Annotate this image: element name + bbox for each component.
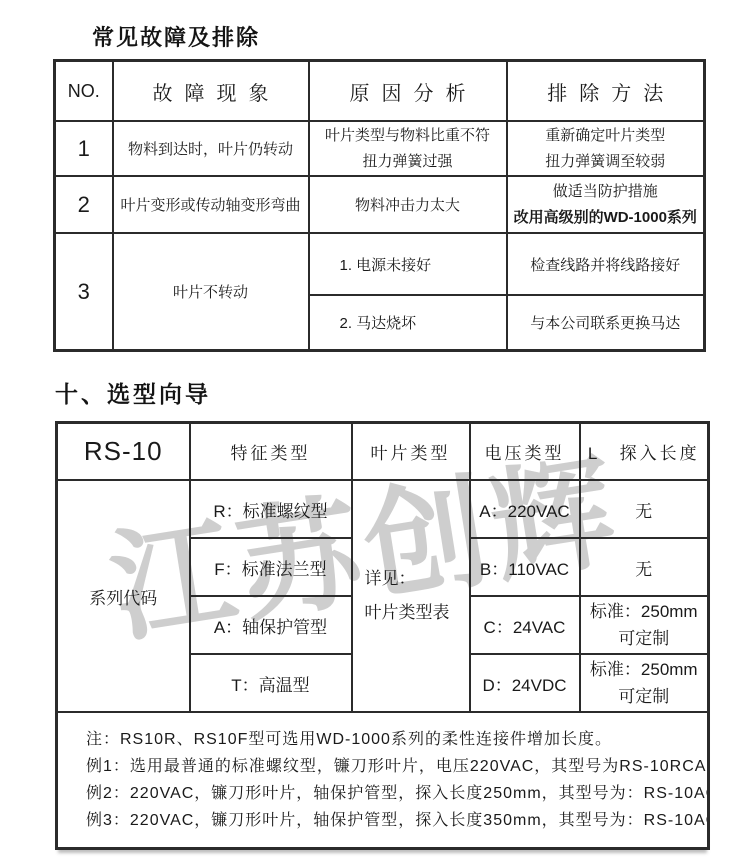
fault-table: NO. 故障现象 原因分析 排除方法 1 物料到达时，叶片仍转动 叶片类型与物料…	[53, 59, 706, 352]
header-cause: 原因分析	[309, 61, 507, 122]
cell-line: 详见：	[365, 562, 469, 596]
header-voltage-type: 电压类型	[470, 423, 580, 481]
fault-row-2: 2 叶片变形或传动轴变形弯曲 物料冲击力太大 做适当防护措施 改用高级别的WD-…	[55, 176, 705, 233]
note-line: 例3：220VAC，镰刀形叶片，轴保护管型，探入长度350mm，其型号为：RS-…	[86, 807, 693, 834]
section1-title: 常见故障及排除	[0, 0, 750, 52]
note-line: 注：RS10R、RS10F型可选用WD-1000系列的柔性连接件增加长度。	[86, 726, 693, 753]
fault-solution-cell: 检查线路并将线路接好	[507, 233, 705, 295]
probe-length-cell: 标准：250mm 可定制	[580, 654, 709, 712]
cell-line: 标准：250mm	[581, 656, 708, 683]
selection-guide: 江苏创辉 RS-10 特征类型 叶片类型 电压类型 L 探入长度 系列代码 R：…	[55, 421, 707, 850]
fault-solution-cell: 重新确定叶片类型 扭力弹簧调至较弱	[507, 121, 705, 176]
probe-length-cell: 无	[580, 538, 709, 596]
voltage-type-cell: C：24VAC	[470, 596, 580, 654]
header-row: RS-10 特征类型 叶片类型 电压类型 L 探入长度	[57, 423, 709, 481]
notes-cell: 注：RS10R、RS10F型可选用WD-1000系列的柔性连接件增加长度。 例1…	[57, 712, 709, 849]
cell-line: 可定制	[581, 625, 708, 652]
voltage-type-cell: B：110VAC	[470, 538, 580, 596]
fault-cause-cell: 2. 马达烧坏	[309, 295, 507, 351]
cell-line: 叶片类型与物料比重不符	[310, 123, 506, 149]
voltage-type-cell: A：220VAC	[470, 480, 580, 538]
feature-type-cell: F：标准法兰型	[190, 538, 352, 596]
feature-type-cell: A：轴保护管型	[190, 596, 352, 654]
header-row: NO. 故障现象 原因分析 排除方法	[55, 61, 705, 122]
fault-row-1: 1 物料到达时，叶片仍转动 叶片类型与物料比重不符 扭力弹簧过强 重新确定叶片类…	[55, 121, 705, 176]
header-blade-type: 叶片类型	[352, 423, 470, 481]
feature-type-cell: R：标准螺纹型	[190, 480, 352, 538]
header-feature-type: 特征类型	[190, 423, 352, 481]
fault-solution-cell: 与本公司联系更换马达	[507, 295, 705, 351]
cell-line: 叶片类型表	[365, 596, 469, 630]
feature-type-cell: T：高温型	[190, 654, 352, 712]
fault-cause-cell: 物料冲击力太大	[309, 176, 507, 233]
selection-table: RS-10 特征类型 叶片类型 电压类型 L 探入长度 系列代码 R：标准螺纹型…	[55, 421, 710, 850]
notes-row: 注：RS10R、RS10F型可选用WD-1000系列的柔性连接件增加长度。 例1…	[57, 712, 709, 849]
fault-no-cell: 1	[55, 121, 113, 176]
header-phenomenon: 故障现象	[113, 61, 309, 122]
fault-solution-cell: 做适当防护措施 改用高级别的WD-1000系列	[507, 176, 705, 233]
fault-phenomenon-cell: 叶片不转动	[113, 233, 309, 351]
section2-title: 十、选型向导	[0, 352, 750, 409]
selection-table-header: RS-10 特征类型 叶片类型 电压类型 L 探入长度	[57, 423, 709, 481]
cell-line: 扭力弹簧过强	[310, 149, 506, 175]
header-model: RS-10	[57, 423, 190, 481]
probe-length-cell: 无	[580, 480, 709, 538]
header-solution: 排除方法	[507, 61, 705, 122]
selection-row-1: 系列代码 R：标准螺纹型 详见： 叶片类型表 A：220VAC 无	[57, 480, 709, 538]
note-line: 例1：选用最普通的标准螺纹型，镰刀形叶片，电压220VAC，其型号为RS-10R…	[86, 753, 693, 780]
cell-line-emphasis: 改用高级别的WD-1000系列	[508, 205, 704, 231]
cell-line: 可定制	[581, 683, 708, 710]
fault-cause-cell: 1. 电源未接好	[309, 233, 507, 295]
fault-row-3a: 3 叶片不转动 1. 电源未接好 检查线路并将线路接好	[55, 233, 705, 295]
fault-table-header: NO. 故障现象 原因分析 排除方法	[55, 61, 705, 122]
cell-line: 重新确定叶片类型	[508, 123, 704, 149]
fault-no-cell: 3	[55, 233, 113, 351]
series-code-cell: 系列代码	[57, 480, 190, 712]
fault-phenomenon-cell: 物料到达时，叶片仍转动	[113, 121, 309, 176]
header-no: NO.	[55, 61, 113, 122]
blade-ref-cell: 详见： 叶片类型表	[352, 480, 470, 712]
notes-block: 注：RS10R、RS10F型可选用WD-1000系列的柔性连接件增加长度。 例1…	[58, 713, 707, 847]
note-line: 例2：220VAC，镰刀形叶片，轴保护管型，探入长度250mm，其型号为：RS-…	[86, 780, 693, 807]
cell-line: 做适当防护措施	[508, 179, 704, 205]
fault-cause-cell: 叶片类型与物料比重不符 扭力弹簧过强	[309, 121, 507, 176]
voltage-type-cell: D：24VDC	[470, 654, 580, 712]
cell-line: 标准：250mm	[581, 598, 708, 625]
cell-line: 扭力弹簧调至较弱	[508, 149, 704, 175]
probe-length-cell: 标准：250mm 可定制	[580, 596, 709, 654]
fault-phenomenon-cell: 叶片变形或传动轴变形弯曲	[113, 176, 309, 233]
header-probe-length: L 探入长度	[580, 423, 709, 481]
fault-no-cell: 2	[55, 176, 113, 233]
manual-page: 常见故障及排除 NO. 故障现象 原因分析 排除方法 1 物料到达时，叶片仍转动…	[0, 0, 750, 857]
